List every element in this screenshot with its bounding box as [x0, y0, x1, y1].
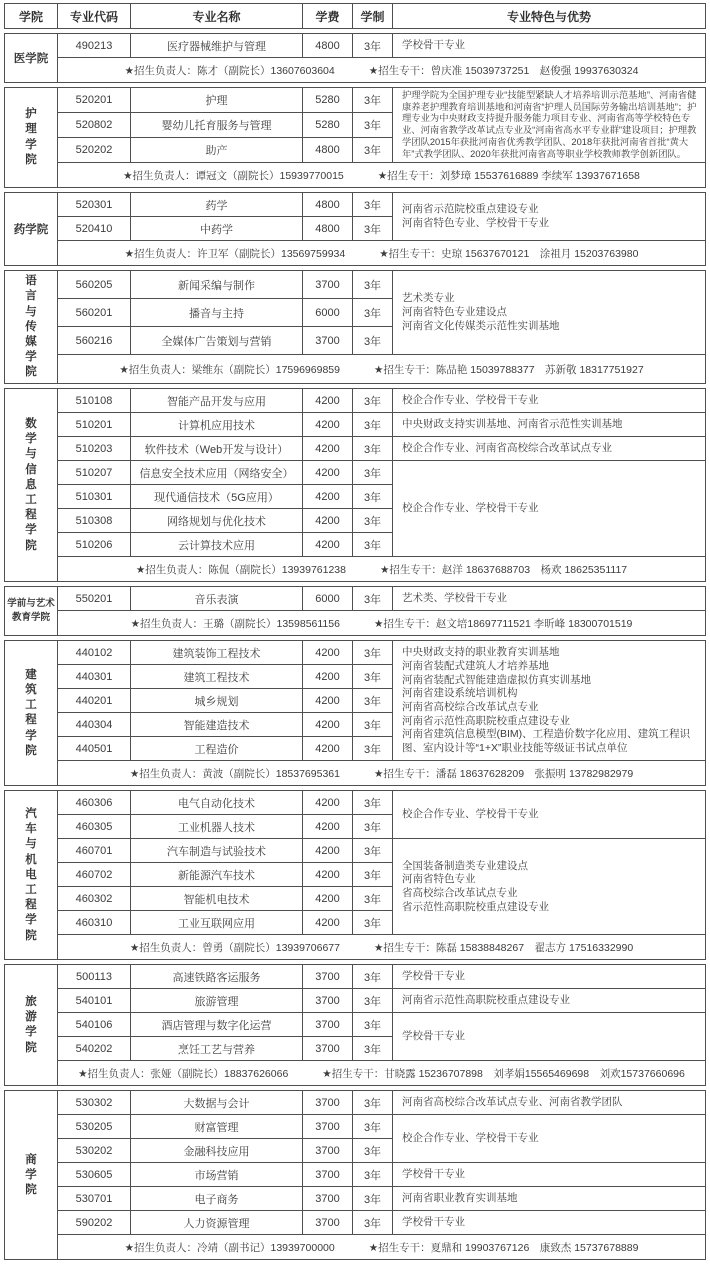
college-name-char: 学 [25, 913, 37, 928]
college-name-char: 与 [25, 447, 37, 462]
college-cell: 旅游学院 [5, 965, 58, 1085]
college-cell: 药学院 [5, 193, 58, 265]
college-name-char: 学 [25, 729, 37, 744]
program-name: 高速铁路客运服务 [131, 965, 303, 989]
program-fee: 4800 [303, 34, 353, 58]
program-features: 学校骨干专业 [393, 1211, 705, 1235]
program-duration: 3年 [353, 791, 393, 815]
contact-officers: ★招生专干：潘磊 18637628209 张振明 13782982979 [374, 766, 633, 781]
program-features: 艺术类、学校骨干专业 [393, 587, 705, 611]
program-features: 中央财政支持的职业教育实训基地 河南省装配式建筑人才培养基地 河南省装配式智能建… [393, 641, 705, 761]
program-name: 市场营销 [131, 1163, 303, 1187]
program-fee: 4200 [303, 413, 353, 437]
program-fee: 4200 [303, 437, 353, 461]
contact-row: ★招生负责人：陈侃（副院长）13939761238★招生专干：赵洋 186376… [58, 557, 705, 581]
college-section: 商学院530302大数据与会计37003年530205财富管理37003年530… [4, 1090, 706, 1260]
header-college: 学院 [5, 4, 58, 28]
program-name: 护理 [131, 88, 303, 113]
program-duration: 3年 [353, 193, 393, 217]
college-name-char: 媒 [25, 335, 37, 350]
college-cell: 护理学院 [5, 88, 58, 187]
college-section: 药学院520301药学48003年520410中药学48003年河南省示范院校重… [4, 192, 706, 266]
program-code: 440201 [58, 689, 131, 713]
programs-grid: 460306电气自动化技术42003年460305工业机器人技术42003年46… [58, 791, 705, 959]
program-code: 540101 [58, 989, 131, 1013]
program-code: 520410 [58, 217, 131, 241]
program-code: 490213 [58, 34, 131, 58]
contact-row: ★招生负责人：冷靖（副书记）13939700000★招生专干：夏鼎和 19903… [58, 1235, 705, 1259]
college-name-char: 机 [25, 853, 37, 868]
program-name: 网络规划与优化技术 [131, 509, 303, 533]
program-duration: 3年 [353, 689, 393, 713]
program-name: 医疗器械维护与管理 [131, 34, 303, 58]
college-cell: 数学与信息工程学院 [5, 389, 58, 581]
program-name: 城乡规划 [131, 689, 303, 713]
contact-leader: ★招生负责人：王璐（副院长）13598561156 [131, 616, 340, 631]
program-duration: 3年 [353, 1211, 393, 1235]
program-features: 学校骨干专业 [393, 34, 705, 58]
college-name-char: 车 [25, 822, 37, 837]
programs-grid: 510108智能产品开发与应用42003年510201计算机应用技术42003年… [58, 389, 705, 581]
college-name: 学前与艺术教育学院 [7, 597, 55, 626]
program-fee: 3700 [303, 989, 353, 1013]
program-code: 520202 [58, 138, 131, 163]
college-name-char: 学 [25, 1168, 37, 1183]
college-name-char: 言 [25, 289, 37, 304]
header-features: 专业特色与优势 [393, 4, 705, 28]
program-code: 530701 [58, 1187, 131, 1211]
college-section: 护理学院520201护理52803年520802婴幼儿托育服务与管理52803年… [4, 87, 706, 188]
college-name-char: 院 [25, 1041, 37, 1056]
program-name: 现代通信技术（5G应用） [131, 485, 303, 509]
contact-row: ★招生负责人：黄波（副院长）18537695361★招生专干：潘磊 186376… [58, 761, 705, 785]
program-name: 旅游管理 [131, 989, 303, 1013]
header-major-name: 专业名称 [131, 4, 303, 28]
college-name-char: 数 [25, 417, 37, 432]
program-code: 540106 [58, 1013, 131, 1037]
program-duration: 3年 [353, 965, 393, 989]
program-features: 河南省职业教育实训基地 [393, 1187, 705, 1211]
program-code: 560216 [58, 327, 131, 355]
program-fee: 4200 [303, 461, 353, 485]
contact-leader: ★招生负责人：谭冠文（副院长）15939770015 [123, 168, 344, 183]
program-name: 计算机应用技术 [131, 413, 303, 437]
program-code: 510201 [58, 413, 131, 437]
college-name-char: 院 [25, 365, 37, 380]
contact-officers: ★招生专干：赵洋 18637688703 杨欢 18625351117 [380, 562, 627, 577]
program-fee: 4200 [303, 533, 353, 557]
college-section: 汽车与机电工程学院460306电气自动化技术42003年460305工业机器人技… [4, 790, 706, 960]
program-duration: 3年 [353, 299, 393, 327]
program-code: 590202 [58, 1211, 131, 1235]
program-duration: 3年 [353, 887, 393, 911]
program-fee: 4200 [303, 665, 353, 689]
program-code: 520802 [58, 113, 131, 138]
college-name-char: 程 [25, 508, 37, 523]
program-features: 学校骨干专业 [393, 965, 705, 989]
contact-leader: ★招生负责人：黄波（副院长）18537695361 [130, 766, 340, 781]
program-duration: 3年 [353, 327, 393, 355]
program-fee: 5280 [303, 113, 353, 138]
program-fee: 3700 [303, 1139, 353, 1163]
contact-row: ★招生负责人：王璐（副院长）13598561156★招生专干：赵文培186977… [58, 611, 705, 635]
program-code: 510308 [58, 509, 131, 533]
program-code: 440301 [58, 665, 131, 689]
programs-grid: 530302大数据与会计37003年530205财富管理37003年530202… [58, 1091, 705, 1259]
program-fee: 3700 [303, 1211, 353, 1235]
program-fee: 3700 [303, 327, 353, 355]
contact-officers: ★招生专干：史琼 15637670121 涂祖月 15203763980 [379, 246, 638, 261]
program-code: 460305 [58, 815, 131, 839]
program-duration: 3年 [353, 1115, 393, 1139]
contact-row: ★招生负责人：谭冠文（副院长）15939770015★招生专干：刘梦璋 1553… [58, 163, 705, 187]
program-code: 530302 [58, 1091, 131, 1115]
program-duration: 3年 [353, 1187, 393, 1211]
college-name-char: 商 [25, 1153, 37, 1168]
program-code: 510207 [58, 461, 131, 485]
program-name: 智能建造技术 [131, 713, 303, 737]
program-duration: 3年 [353, 863, 393, 887]
college-name: 商学院 [25, 1153, 37, 1199]
program-name: 音乐表演 [131, 587, 303, 611]
college-name: 数学与信息工程学院 [25, 417, 37, 554]
program-duration: 3年 [353, 989, 393, 1013]
program-duration: 3年 [353, 1139, 393, 1163]
college-section: 语言与传媒学院560205新闻采编与制作37003年560201播音与主持600… [4, 270, 706, 384]
college-name-char: 程 [25, 713, 37, 728]
table-header: 学院 专业代码 专业名称 学费 学制 专业特色与优势 [4, 3, 706, 29]
program-name: 信息安全技术应用（网络安全） [131, 461, 303, 485]
program-name: 工业互联网应用 [131, 911, 303, 935]
program-fee: 4200 [303, 887, 353, 911]
program-name: 助产 [131, 138, 303, 163]
contact-row: ★招生负责人：张娅（副院长）18837626066★招生专干：甘晓露 15236… [58, 1061, 705, 1085]
college-cell: 学前与艺术教育学院 [5, 587, 58, 635]
college-name-char: 学 [25, 1025, 37, 1040]
program-code: 530205 [58, 1115, 131, 1139]
program-features: 校企合作专业、学校骨干专业 [393, 791, 705, 839]
program-fee: 3700 [303, 1115, 353, 1139]
program-features: 校企合作专业、学校骨干专业 [393, 1115, 705, 1163]
program-name: 播音与主持 [131, 299, 303, 327]
programs-grid: 500113高速铁路客运服务37003年540101旅游管理37003年5401… [58, 965, 705, 1085]
program-name: 工业机器人技术 [131, 815, 303, 839]
program-code: 460302 [58, 887, 131, 911]
program-name: 工程造价 [131, 737, 303, 761]
program-name: 云计算技术应用 [131, 533, 303, 557]
program-code: 440102 [58, 641, 131, 665]
program-name: 金融科技应用 [131, 1139, 303, 1163]
program-code: 510206 [58, 533, 131, 557]
program-duration: 3年 [353, 1013, 393, 1037]
program-code: 520201 [58, 88, 131, 113]
program-code: 460701 [58, 839, 131, 863]
program-features: 校企合作专业、学校骨干专业 [393, 461, 705, 557]
program-duration: 3年 [353, 437, 393, 461]
program-fee: 4200 [303, 485, 353, 509]
program-duration: 3年 [353, 665, 393, 689]
program-name: 人力资源管理 [131, 1211, 303, 1235]
college-name: 语言与传媒学院 [25, 274, 37, 380]
college-name-char: 汽 [25, 807, 37, 822]
program-duration: 3年 [353, 1037, 393, 1061]
contact-officers: ★招生专干：赵文培18697711521 李昕峰 18300701519 [374, 616, 632, 631]
program-fee: 3700 [303, 1091, 353, 1115]
program-fee: 4200 [303, 713, 353, 737]
programs-grid: 560205新闻采编与制作37003年560201播音与主持60003年5602… [58, 271, 705, 383]
program-fee: 4200 [303, 689, 353, 713]
college-name-line: 教育学院 [7, 611, 55, 625]
program-fee: 4200 [303, 815, 353, 839]
program-features: 河南省示范院校重点建设专业 河南省特色专业、学校骨干专业 [393, 193, 705, 241]
program-name: 大数据与会计 [131, 1091, 303, 1115]
program-duration: 3年 [353, 217, 393, 241]
program-duration: 3年 [353, 509, 393, 533]
college-name-char: 筑 [25, 683, 37, 698]
college-section: 学前与艺术教育学院550201音乐表演60003年艺术类、学校骨干专业★招生负责… [4, 586, 706, 636]
college-name-char: 院 [25, 539, 37, 554]
program-duration: 3年 [353, 641, 393, 665]
program-name: 电子商务 [131, 1187, 303, 1211]
college-name-char: 院 [25, 929, 37, 944]
college-name-char: 与 [25, 837, 37, 852]
program-code: 560201 [58, 299, 131, 327]
contact-leader: ★招生负责人：冷靖（副书记）13939700000 [125, 1240, 335, 1255]
program-fee: 5280 [303, 88, 353, 113]
program-features: 艺术类专业 河南省特色专业建设点 河南省文化传媒类示范性实训基地 [393, 271, 705, 355]
college-section: 医学院490213医疗器械维护与管理48003年学校骨干专业★招生负责人：陈才（… [4, 33, 706, 83]
program-name: 财富管理 [131, 1115, 303, 1139]
program-fee: 4200 [303, 839, 353, 863]
program-code: 540202 [58, 1037, 131, 1061]
college-name-char: 学 [25, 432, 37, 447]
college-name-char: 程 [25, 898, 37, 913]
college-name-char: 工 [25, 493, 37, 508]
program-duration: 3年 [353, 389, 393, 413]
program-name: 药学 [131, 193, 303, 217]
program-code: 460306 [58, 791, 131, 815]
college-name-char: 学 [25, 138, 37, 153]
program-fee: 3700 [303, 1163, 353, 1187]
contact-row: ★招生负责人：曾勇（副院长）13939706677★招生专干：陈磊 158388… [58, 935, 705, 959]
college-name: 护理学院 [25, 107, 37, 168]
program-fee: 4200 [303, 641, 353, 665]
contact-leader: ★招生负责人：许卫军（副院长）13569759934 [125, 246, 346, 261]
program-features: 河南省示范性高职院校重点建设专业 [393, 989, 705, 1013]
program-fee: 4200 [303, 863, 353, 887]
program-duration: 3年 [353, 485, 393, 509]
college-section: 建筑工程学院440102建筑装饰工程技术42003年440301建筑工程技术42… [4, 640, 706, 786]
program-code: 530605 [58, 1163, 131, 1187]
programs-grid: 550201音乐表演60003年艺术类、学校骨干专业★招生负责人：王璐（副院长）… [58, 587, 705, 635]
college-name-char: 旅 [25, 995, 37, 1010]
program-fee: 6000 [303, 587, 353, 611]
program-code: 510301 [58, 485, 131, 509]
program-name: 新闻采编与制作 [131, 271, 303, 299]
program-code: 560205 [58, 271, 131, 299]
program-duration: 3年 [353, 587, 393, 611]
admissions-majors-table: 学院 专业代码 专业名称 学费 学制 专业特色与优势 医学院490213医疗器械… [0, 0, 710, 1264]
college-name-char: 工 [25, 883, 37, 898]
program-duration: 3年 [353, 413, 393, 437]
program-name: 智能产品开发与应用 [131, 389, 303, 413]
program-duration: 3年 [353, 461, 393, 485]
program-code: 440304 [58, 713, 131, 737]
program-name: 软件技术（Web开发与设计） [131, 437, 303, 461]
program-name: 建筑装饰工程技术 [131, 641, 303, 665]
program-name: 汽车制造与试验技术 [131, 839, 303, 863]
program-duration: 3年 [353, 713, 393, 737]
program-duration: 3年 [353, 815, 393, 839]
college-name-char: 游 [25, 1010, 37, 1025]
college-name-char: 信 [25, 463, 37, 478]
college-cell: 建筑工程学院 [5, 641, 58, 785]
college-name-char: 院 [25, 153, 37, 168]
program-fee: 4200 [303, 911, 353, 935]
header-tuition: 学费 [303, 4, 353, 28]
header-major-code: 专业代码 [58, 4, 131, 28]
college-name: 汽车与机电工程学院 [25, 807, 37, 944]
college-cell: 汽车与机电工程学院 [5, 791, 58, 959]
college-cell: 商学院 [5, 1091, 58, 1259]
program-features: 校企合作专业、学校骨干专业 [393, 389, 705, 413]
program-code: 460702 [58, 863, 131, 887]
program-name: 建筑工程技术 [131, 665, 303, 689]
contact-officers: ★招生专干：陈磊 15838848267 翟志方 17516332990 [374, 940, 633, 955]
program-fee: 4800 [303, 217, 353, 241]
contact-officers: ★招生专干：夏鼎和 19903767126 康致杰 15737678889 [369, 1240, 639, 1255]
contact-row: ★招生负责人：许卫军（副院长）13569759934★招生专干：史琼 15637… [58, 241, 705, 265]
college-name-char: 语 [25, 274, 37, 289]
programs-grid: 520201护理52803年520802婴幼儿托育服务与管理52803年5202… [58, 88, 705, 187]
college-name: 医学院 [14, 50, 49, 66]
contact-leader: ★招生负责人：梁维东（副院长）17596969859 [119, 362, 340, 377]
program-features: 学校骨干专业 [393, 1013, 705, 1061]
programs-grid: 490213医疗器械维护与管理48003年学校骨干专业★招生负责人：陈才（副院长… [58, 34, 705, 82]
program-duration: 3年 [353, 839, 393, 863]
college-name: 旅游学院 [25, 995, 37, 1056]
program-fee: 3700 [303, 271, 353, 299]
program-fee: 4800 [303, 193, 353, 217]
program-fee: 4200 [303, 509, 353, 533]
program-duration: 3年 [353, 1091, 393, 1115]
college-cell: 语言与传媒学院 [5, 271, 58, 383]
program-name: 全媒体广告策划与营销 [131, 327, 303, 355]
contact-leader: ★招生负责人：曾勇（副院长）13939706677 [130, 940, 340, 955]
programs-grid: 520301药学48003年520410中药学48003年河南省示范院校重点建设… [58, 193, 705, 265]
contact-row: ★招生负责人：梁维东（副院长）17596969859★招生专干：陈品艳 1503… [58, 355, 705, 383]
program-duration: 3年 [353, 1163, 393, 1187]
contact-leader: ★招生负责人：陈才（副院长）13607603604 [125, 63, 335, 78]
program-name: 婴幼儿托育服务与管理 [131, 113, 303, 138]
contact-officers: ★招生专干：甘晓露 15236707898 刘孝娟15565469698 刘欢1… [322, 1066, 685, 1081]
college-name-char: 学 [25, 523, 37, 538]
college-name: 建筑工程学院 [25, 668, 37, 759]
college-name-char: 理 [25, 122, 37, 137]
program-features: 学校骨干专业 [393, 1163, 705, 1187]
program-features: 河南省高校综合改革试点专业、河南省教学团队 [393, 1091, 705, 1115]
contact-officers: ★招生专干：陈品艳 15039788377 苏新敬 18317751927 [374, 362, 644, 377]
program-code: 520301 [58, 193, 131, 217]
program-code: 460310 [58, 911, 131, 935]
program-fee: 4200 [303, 791, 353, 815]
program-fee: 4200 [303, 737, 353, 761]
program-name: 酒店管理与数字化运营 [131, 1013, 303, 1037]
program-features: 校企合作专业、河南省高校综合改革试点专业 [393, 437, 705, 461]
program-duration: 3年 [353, 533, 393, 557]
program-duration: 3年 [353, 911, 393, 935]
program-fee: 3700 [303, 965, 353, 989]
college-name-char: 工 [25, 698, 37, 713]
college-name-char: 电 [25, 868, 37, 883]
program-name: 烹饪工艺与营养 [131, 1037, 303, 1061]
program-name: 智能机电技术 [131, 887, 303, 911]
program-duration: 3年 [353, 113, 393, 138]
program-fee: 4800 [303, 138, 353, 163]
program-duration: 3年 [353, 34, 393, 58]
program-name: 电气自动化技术 [131, 791, 303, 815]
program-code: 530202 [58, 1139, 131, 1163]
contact-officers: ★招生专干：曾庆准 15039737251 赵俊强 19937630324 [369, 63, 639, 78]
college-section: 数学与信息工程学院510108智能产品开发与应用42003年510201计算机应… [4, 388, 706, 582]
college-name-line: 学前与艺术 [7, 597, 55, 611]
college-name-char: 传 [25, 320, 37, 335]
program-fee: 3700 [303, 1187, 353, 1211]
program-name: 新能源汽车技术 [131, 863, 303, 887]
college-name-char: 院 [25, 1183, 37, 1198]
contact-officers: ★招生专干：刘梦璋 15537616889 李续军 13937671658 [378, 168, 640, 183]
programs-grid: 440102建筑装饰工程技术42003年440301建筑工程技术42003年44… [58, 641, 705, 785]
college-name-char: 院 [25, 744, 37, 759]
program-name: 中药学 [131, 217, 303, 241]
program-duration: 3年 [353, 271, 393, 299]
college-name-char: 学 [25, 350, 37, 365]
program-fee: 6000 [303, 299, 353, 327]
program-code: 500113 [58, 965, 131, 989]
program-fee: 3700 [303, 1013, 353, 1037]
college-section: 旅游学院500113高速铁路客运服务37003年540101旅游管理37003年… [4, 964, 706, 1086]
program-code: 440501 [58, 737, 131, 761]
program-duration: 3年 [353, 88, 393, 113]
program-code: 550201 [58, 587, 131, 611]
program-code: 510203 [58, 437, 131, 461]
program-fee: 4200 [303, 389, 353, 413]
table-sections: 医学院490213医疗器械维护与管理48003年学校骨干专业★招生负责人：陈才（… [4, 33, 706, 1260]
college-name: 药学院 [14, 221, 49, 237]
program-duration: 3年 [353, 737, 393, 761]
contact-leader: ★招生负责人：陈侃（副院长）13939761238 [136, 562, 346, 577]
program-features: 全国装备制造类专业建设点 河南省特色专业 省高校综合改革试点专业 省示范性高职院… [393, 839, 705, 935]
header-duration: 学制 [353, 4, 393, 28]
program-duration: 3年 [353, 138, 393, 163]
college-cell: 医学院 [5, 34, 58, 82]
contact-row: ★招生负责人：陈才（副院长）13607603604★招生专干：曾庆准 15039… [58, 58, 705, 82]
program-features: 护理学院为全国护理专业“技能型紧缺人才培养培训示范基地”、河南省健康养老护理教育… [393, 88, 705, 163]
contact-leader: ★招生负责人：张娅（副院长）18837626066 [78, 1066, 288, 1081]
college-name-char: 息 [25, 478, 37, 493]
program-fee: 3700 [303, 1037, 353, 1061]
college-name-char: 与 [25, 305, 37, 320]
program-code: 510108 [58, 389, 131, 413]
college-name-char: 护 [25, 107, 37, 122]
program-features: 中央财政支持实训基地、河南省示范性实训基地 [393, 413, 705, 437]
college-name-char: 建 [25, 668, 37, 683]
